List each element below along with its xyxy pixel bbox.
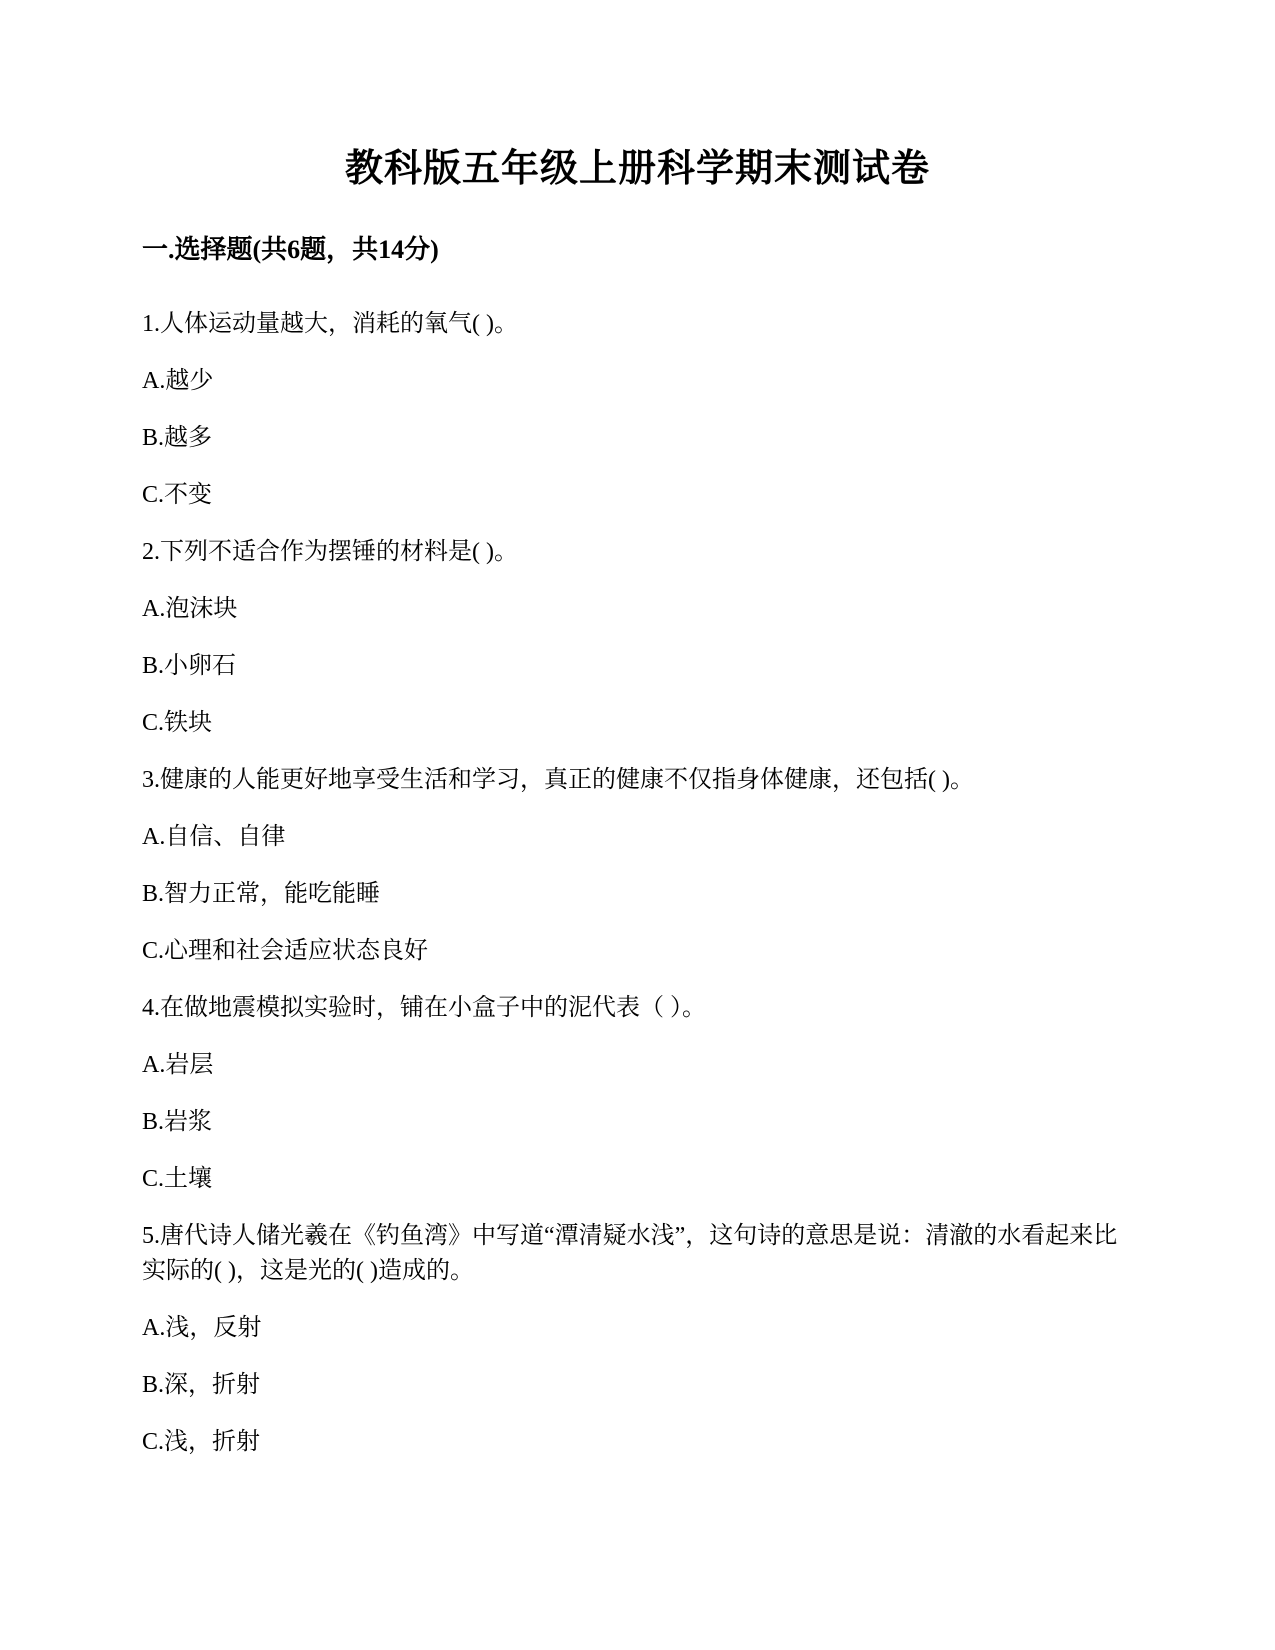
question-2-text: 2.下列不适合作为摆锤的材料是( )。 — [142, 535, 1133, 570]
question-2-option-b: B.小卵石 — [142, 649, 1133, 684]
question-4-option-b: B.岩浆 — [142, 1105, 1133, 1140]
question-1-option-c: C.不变 — [142, 478, 1133, 513]
question-1-option-b: B.越多 — [142, 421, 1133, 456]
question-3-option-a: A.自信、自律 — [142, 820, 1133, 855]
question-block-4: 4.在做地震模拟实验时，铺在小盒子中的泥代表（ ）。 A.岩层 B.岩浆 C.土… — [142, 991, 1133, 1197]
question-block-1: 1.人体运动量越大，消耗的氧气( )。 A.越少 B.越多 C.不变 — [142, 307, 1133, 513]
question-5-text: 5.唐代诗人储光羲在《钓鱼湾》中写道“潭清疑水浅”，这句诗的意思是说：清澈的水看… — [142, 1219, 1133, 1289]
question-block-3: 3.健康的人能更好地享受生活和学习，真正的健康不仅指身体健康，还包括( )。 A… — [142, 763, 1133, 969]
question-3-option-c: C.心理和社会适应状态良好 — [142, 934, 1133, 969]
section-heading: 一.选择题(共6题，共14分) — [142, 233, 1133, 267]
question-block-5: 5.唐代诗人储光羲在《钓鱼湾》中写道“潭清疑水浅”，这句诗的意思是说：清澈的水看… — [142, 1219, 1133, 1460]
question-block-2: 2.下列不适合作为摆锤的材料是( )。 A.泡沫块 B.小卵石 C.铁块 — [142, 535, 1133, 741]
question-2-option-c: C.铁块 — [142, 706, 1133, 741]
exam-document-page: 教科版五年级上册科学期末测试卷 一.选择题(共6题，共14分) 1.人体运动量越… — [0, 0, 1275, 1650]
question-1-text: 1.人体运动量越大，消耗的氧气( )。 — [142, 307, 1133, 342]
question-2-option-a: A.泡沫块 — [142, 592, 1133, 627]
document-title: 教科版五年级上册科学期末测试卷 — [142, 145, 1133, 193]
question-5-option-b: B.深，折射 — [142, 1368, 1133, 1403]
question-5-option-a: A.浅，反射 — [142, 1311, 1133, 1346]
question-1-option-a: A.越少 — [142, 364, 1133, 399]
question-4-option-c: C.土壤 — [142, 1162, 1133, 1197]
question-3-text: 3.健康的人能更好地享受生活和学习，真正的健康不仅指身体健康，还包括( )。 — [142, 763, 1133, 798]
question-4-text: 4.在做地震模拟实验时，铺在小盒子中的泥代表（ ）。 — [142, 991, 1133, 1026]
question-4-option-a: A.岩层 — [142, 1048, 1133, 1083]
question-5-option-c: C.浅，折射 — [142, 1425, 1133, 1460]
question-3-option-b: B.智力正常，能吃能睡 — [142, 877, 1133, 912]
